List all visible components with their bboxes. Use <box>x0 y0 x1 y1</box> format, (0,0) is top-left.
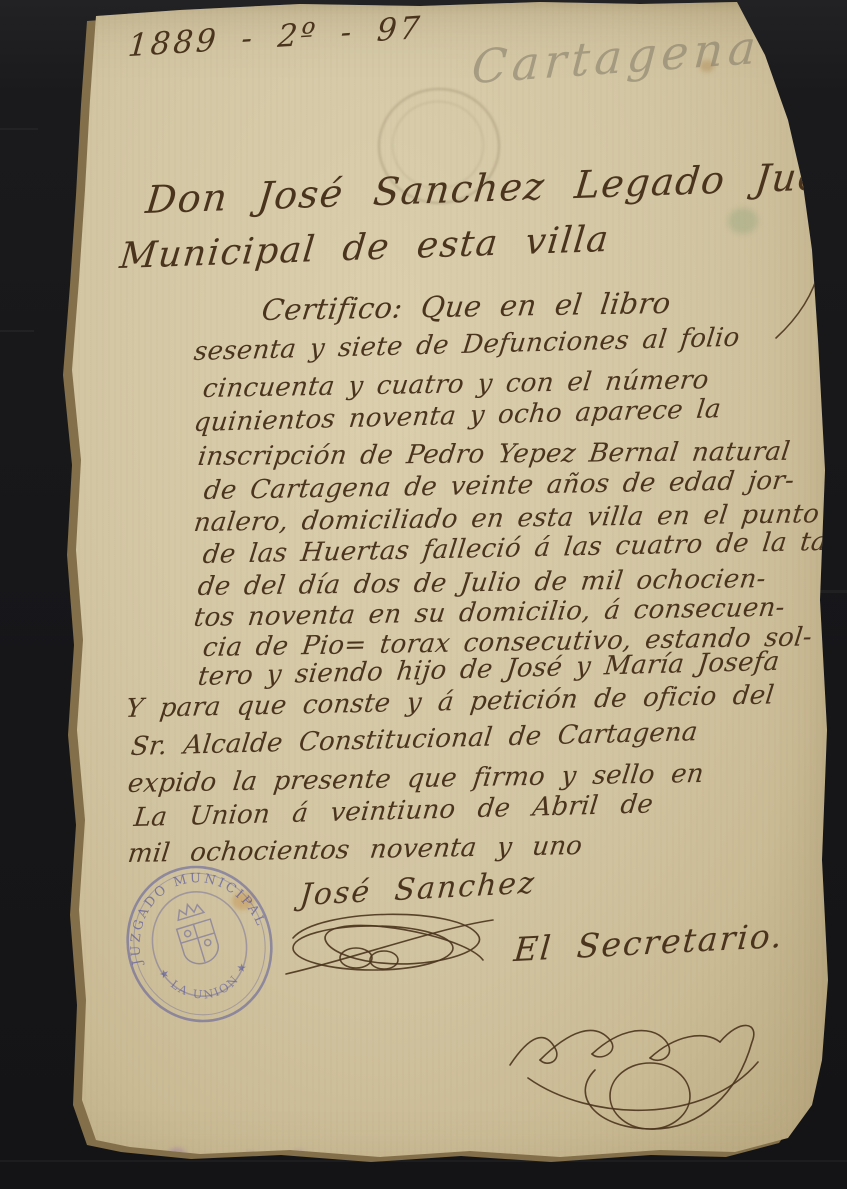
municipal-court-stamp: JUZGADO MUNICIPAL ★ LA UNION ★ <box>101 841 298 1047</box>
stamp-arc-bottom-text: ★ LA UNION ★ <box>155 942 258 1014</box>
secretary-signature-scrawl <box>500 1010 790 1140</box>
body-line: sesenta y siete de Defunciones al folio <box>192 323 741 367</box>
document-paper: 1889 - 2º - 97 Cartagena Don José Sanche… <box>0 0 847 1189</box>
paper-stain <box>728 208 758 234</box>
closing-line: Sr. Alcalde Constitucional de Cartagena <box>129 717 699 762</box>
heading-line: Municipal de esta villa <box>118 219 612 277</box>
svg-text:★ LA UNION ★: ★ LA UNION ★ <box>155 942 258 1014</box>
stamp-coat-of-arms <box>171 899 222 968</box>
background-seam <box>0 330 34 332</box>
background-seam <box>820 590 847 593</box>
background-seam <box>0 128 38 130</box>
archive-reference: 1889 - 2º - 97 <box>127 10 424 64</box>
pencil-annotation: Cartagena <box>470 20 762 95</box>
body-line: Certifico: Que en el libro <box>260 286 673 327</box>
judge-signature-rubric <box>278 900 498 985</box>
scanned-document-photo: 1889 - 2º - 97 Cartagena Don José Sanche… <box>0 0 847 1189</box>
heading-flourish <box>768 196 838 346</box>
background-seam <box>0 1160 847 1162</box>
secretary-title: El Secretario. <box>512 916 785 969</box>
